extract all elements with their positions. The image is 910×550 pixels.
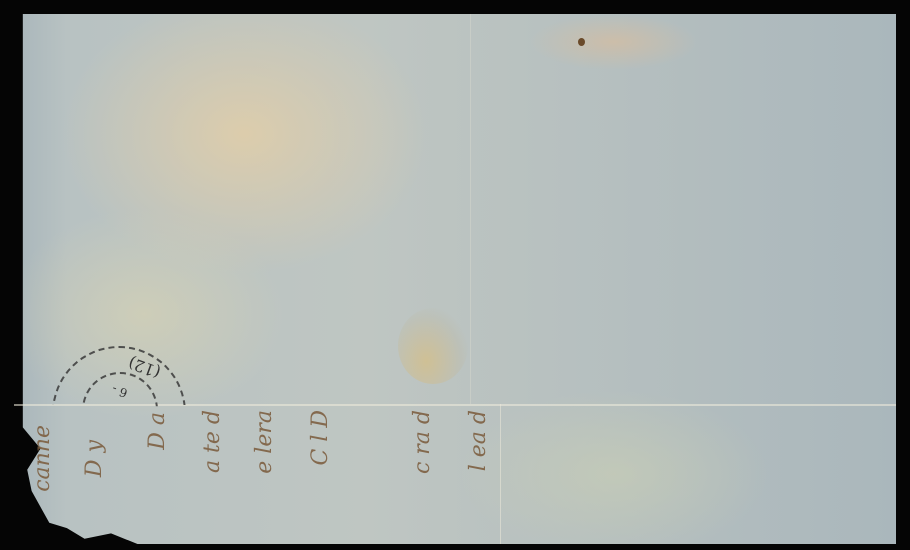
- handwriting-line: a te d: [200, 410, 225, 473]
- handwriting-line: l ea d: [466, 410, 491, 471]
- handwriting-line: D a: [145, 412, 170, 450]
- handwriting-line: canne: [30, 425, 55, 492]
- handwriting-line: D y: [82, 440, 107, 477]
- ink-spot: [578, 38, 585, 46]
- fold-crease-vertical-top: [470, 14, 471, 404]
- wax-seal-stain: [398, 308, 468, 384]
- fold-crease-vertical: [500, 404, 501, 544]
- handwriting-line: c ra d: [410, 410, 435, 474]
- letter-sheet: [14, 14, 896, 544]
- handwriting-line: e lera: [252, 410, 277, 474]
- handwriting-line: C l D: [308, 410, 333, 466]
